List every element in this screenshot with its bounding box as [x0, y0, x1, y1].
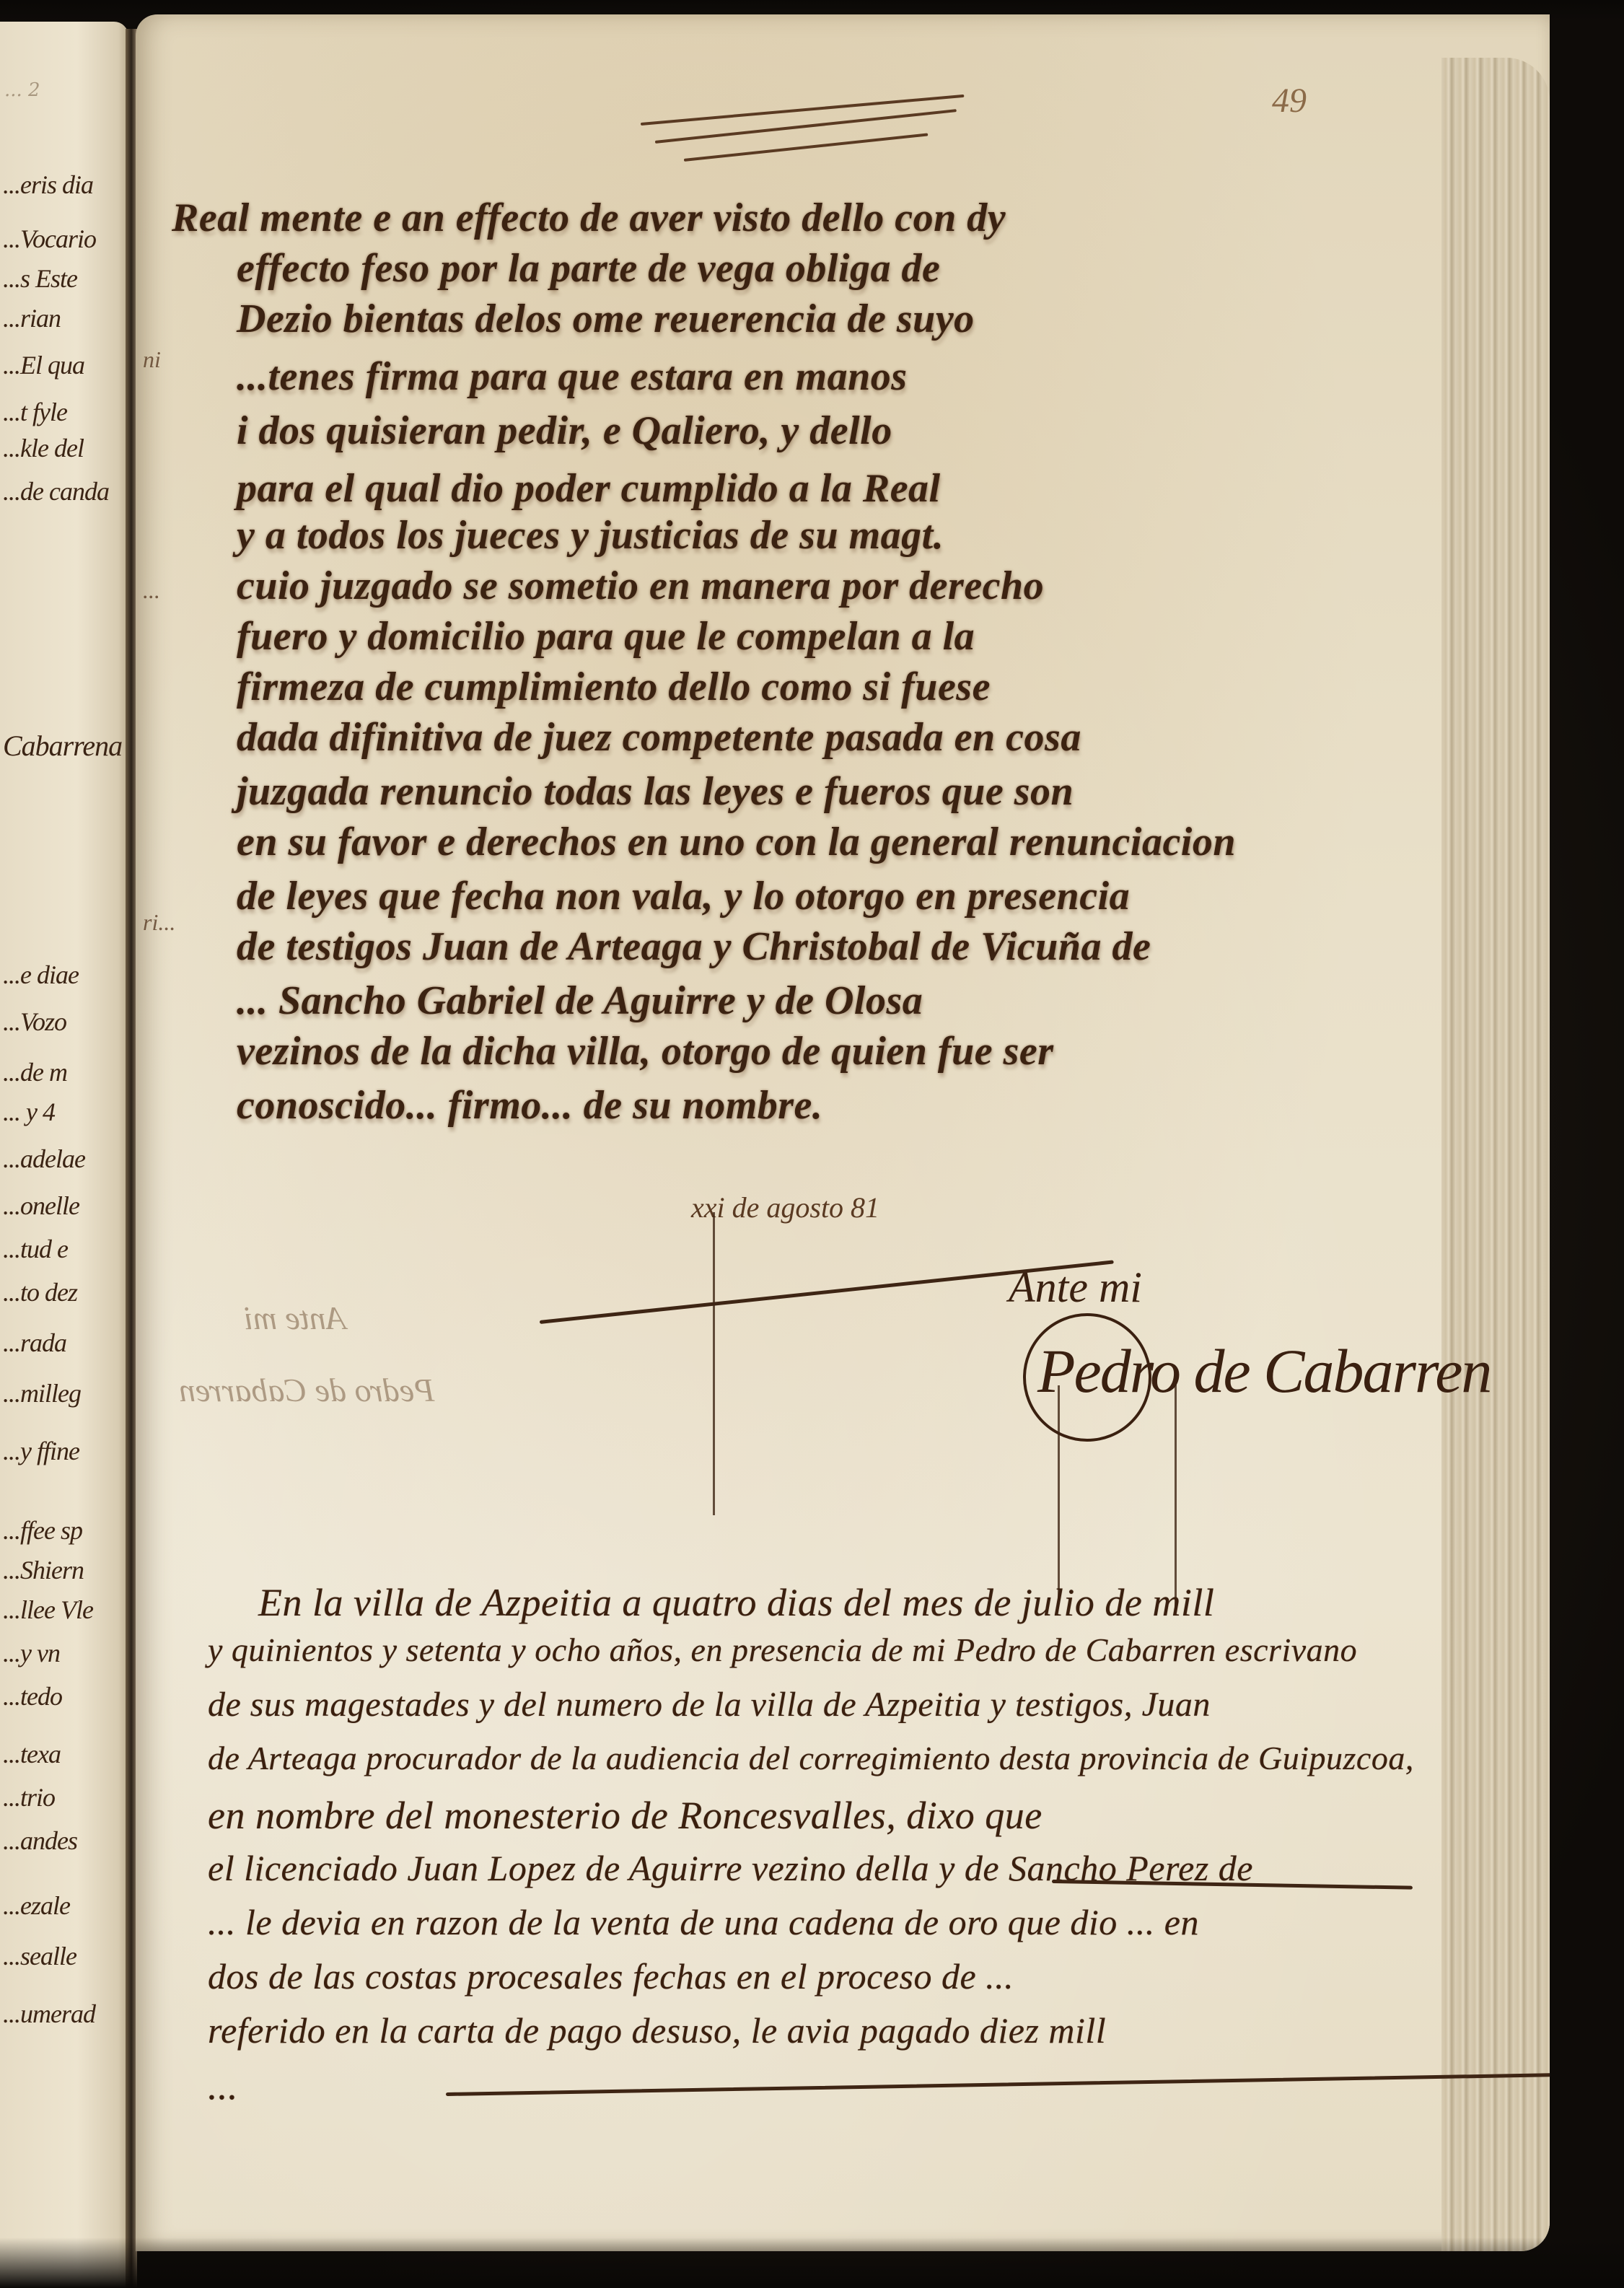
- left-page-fragment: ...rian: [3, 303, 61, 333]
- date-notation: xxi de agosto 81: [691, 1191, 879, 1224]
- left-page-fragment: ...tedo: [3, 1681, 62, 1711]
- notary-signature: Pedro de Cabarren: [1037, 1335, 1491, 1407]
- left-page-fragment: ...andes: [3, 1825, 77, 1856]
- left-page-fragment: ...t fyle: [3, 397, 67, 427]
- left-page-fragment: ...e diae: [3, 960, 79, 990]
- left-page-fragment: ...milleg: [3, 1378, 81, 1408]
- left-page-fragment: Cabarrena: [3, 729, 122, 763]
- deed-line: ... Sancho Gabriel de Aguirre y de Olosa: [237, 978, 923, 1024]
- left-page-fragment: ...El qua: [3, 350, 84, 380]
- left-facing-page: ... 2 ...eris dia ...Vocario ...s Este .…: [0, 22, 128, 2288]
- deed-line: fuero y domicilio para que le compelan a…: [237, 613, 975, 659]
- entry-line: referido en la carta de pago desuso, le …: [208, 2009, 1106, 2051]
- deed-line: Dezio bientas delos ome reuerencia de su…: [237, 296, 975, 342]
- bottom-shadow: [0, 2237, 1624, 2288]
- deed-line: en su favor e derechos en uno con la gen…: [237, 819, 1236, 865]
- deed-line: de leyes que fecha non vala, y lo otorgo…: [237, 873, 1130, 919]
- entry-line: ... le devia en razon de la venta de una…: [208, 1901, 1199, 1943]
- deed-line: vezinos de la dicha villa, otorgo de qui…: [237, 1028, 1054, 1074]
- left-page-fragment: ...de canda: [3, 476, 109, 507]
- deed-line: de testigos Juan de Arteaga y Christobal…: [237, 924, 1151, 970]
- left-page-fragment: ...onelle: [3, 1191, 79, 1221]
- left-page-fragment: ...trio: [3, 1782, 55, 1813]
- deed-line: effecto feso por la parte de vega obliga…: [237, 245, 940, 292]
- decorative-pen-strokes: [641, 95, 965, 126]
- left-page-fragment: ...tud e: [3, 1234, 68, 1264]
- left-page-fragment: ...umerad: [3, 1999, 95, 2029]
- left-page-fragment: ...texa: [3, 1739, 61, 1769]
- entry-line: dos de las costas procesales fechas en e…: [208, 1955, 1014, 1997]
- left-page-fragment: ...Vocario: [3, 224, 96, 254]
- deed-line: para el qual dio poder cumplido a la Rea…: [237, 465, 941, 512]
- left-margin-note: ri...: [143, 909, 175, 936]
- deed-line: i dos quisieran pedir, e Qaliero, y dell…: [237, 408, 892, 454]
- manuscript-page: 49 Real mente e an effecto de aver visto…: [136, 14, 1550, 2251]
- left-page-fragment: ...kle del: [3, 433, 84, 463]
- left-page-fragment: ...Vozo: [3, 1007, 66, 1037]
- deed-line: y a todos los jueces y justicias de su m…: [237, 512, 944, 558]
- left-page-fragment: ...Shiern: [3, 1555, 84, 1585]
- deed-line: juzgada renuncio todas las leyes e fuero…: [237, 768, 1074, 815]
- entry-line: y quinientos y setenta y ocho años, en p…: [208, 1631, 1357, 1669]
- left-page-fragment: ...de m: [3, 1057, 67, 1087]
- left-page-fragment: ...y ffine: [3, 1436, 79, 1466]
- folio-number: 49: [1272, 81, 1307, 120]
- left-page-fragment: ...to dez: [3, 1277, 77, 1307]
- deed-line: firmeza de cumplimiento dello como si fu…: [237, 664, 991, 710]
- entry-line: en nombre del monesterio de Roncesvalles…: [208, 1793, 1043, 1838]
- stacked-page-edges: [1441, 58, 1550, 2251]
- closing-rule-line: [446, 2072, 1550, 2096]
- signature-prefix: Ante mi: [1009, 1263, 1142, 1312]
- deed-line: Real mente e an effecto de aver visto de…: [172, 195, 1006, 241]
- entry-line: En la villa de Azpeitia a quatro dias de…: [258, 1580, 1214, 1625]
- decorative-pen-strokes: [655, 109, 957, 144]
- deed-line: cuio juzgado se sometio en manera por de…: [237, 563, 1044, 609]
- left-page-fragment: ...rada: [3, 1328, 66, 1358]
- left-page-fragment: ...eris dia: [3, 170, 93, 200]
- decorative-pen-strokes: [684, 133, 929, 162]
- bleed-through-signature-name: Pedro de Cabarren: [179, 1371, 434, 1409]
- entry-line: ...: [208, 2064, 238, 2108]
- left-margin-note: ...: [143, 577, 160, 604]
- entry-line: de sus magestades y del numero de la vil…: [208, 1685, 1211, 1724]
- deed-line: dada difinitiva de juez competente pasad…: [237, 714, 1081, 761]
- vertical-pen-stroke: [713, 1212, 715, 1515]
- deed-line: conoscido... firmo... de su nombre.: [237, 1082, 822, 1128]
- left-page-fragment: ...llee Vle: [3, 1595, 93, 1625]
- left-page-fragment: ...s Este: [3, 263, 77, 294]
- deed-line: ...tenes firma para que estara en manos: [237, 354, 908, 400]
- bleed-through-signature-prefix: Ante mi: [244, 1299, 346, 1337]
- left-margin-note: ni: [143, 346, 161, 373]
- left-page-fragment: ...ezale: [3, 1890, 70, 1921]
- left-page-fragment: ...y vn: [3, 1638, 60, 1668]
- left-page-fragment: ...ffee sp: [3, 1515, 82, 1546]
- entry-line: de Arteaga procurador de la audiencia de…: [208, 1739, 1414, 1777]
- left-page-fragment: ...sealle: [3, 1941, 76, 1971]
- left-page-fragment: ...adelae: [3, 1144, 85, 1174]
- left-page-fragment: ... y 4: [3, 1097, 55, 1127]
- left-page-header-note: ... 2: [4, 79, 40, 101]
